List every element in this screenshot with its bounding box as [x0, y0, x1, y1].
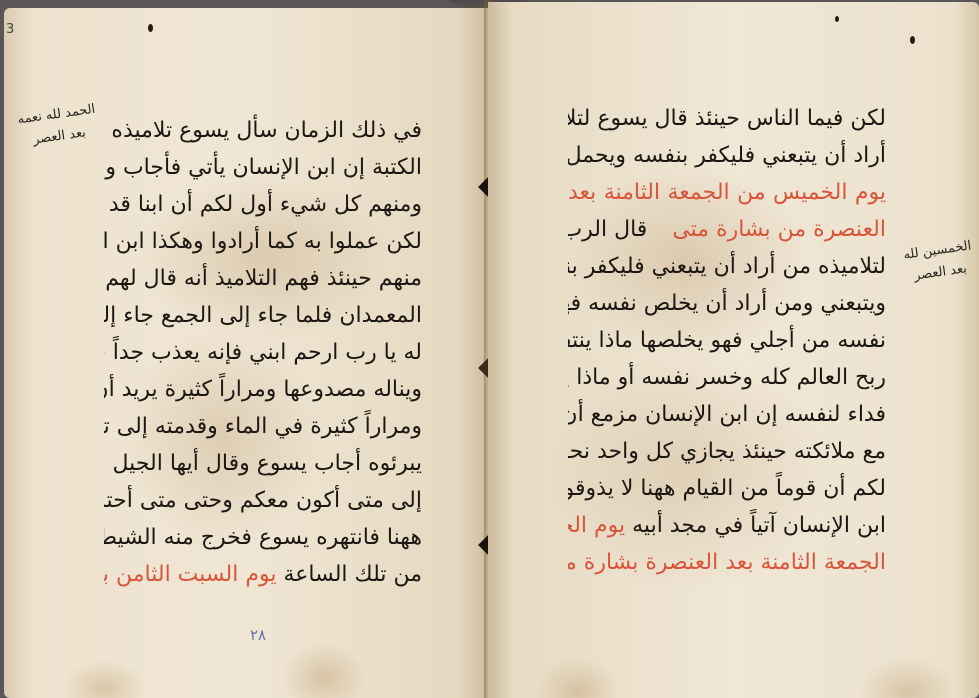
text-fragment: من تلك الساعة: [283, 562, 422, 587]
right-text-block: لكن فيما الناس حينئذ قال يسوع لتلاميذه م…: [568, 100, 886, 581]
final-line: من تلك الساعة يوم السبت الثامن بعد: [104, 556, 422, 593]
right-margin-note: الخمسين لله بعد العصر: [897, 235, 979, 289]
text-line: ههنا فانتهره يسوع فخرج منه الشيطان وبرأ …: [104, 519, 422, 556]
text-line: لتلاميذه من أراد أن يتبعني فليكفر بنفسه …: [568, 248, 886, 285]
text-line: لكم أن قوماً من القيام ههنا لا يذوقون ال…: [568, 470, 886, 507]
page-mark: 3: [6, 22, 14, 37]
text-line: له يا رب ارحم ابني فإنه يعذب جداً في رؤو…: [104, 334, 422, 371]
right-page: الخمسين لله بعد العصر لكن فيما الناس حين…: [488, 2, 979, 698]
text-line: ويتبعني ومن أراد أن يخلص نفسه فهو يهلكها…: [568, 285, 886, 322]
text-line: مع ملائكته حينئذ يجازي كل واحد نحو عمله …: [568, 433, 886, 470]
text-line: ومنهم كل شيء أول لكم أن ابنا قد جاء ولم …: [104, 186, 422, 223]
folio-number: ٢٨: [250, 626, 266, 644]
manuscript-spread: 3 الحمد لله نعمه بعد العصر في ذلك الزمان…: [0, 0, 979, 698]
rubric-heading: يوم السبت الثامن بعد: [104, 562, 276, 587]
wormhole: [835, 16, 839, 22]
wormhole: [910, 36, 915, 44]
text-line: في ذلك الزمان سأل يسوع تلاميذه قائلاً لم…: [104, 112, 422, 149]
rubric-heading: العنصرة من بشارة متى: [672, 217, 886, 242]
mixed-line: العنصرة من بشارة متى قال الرب: [568, 211, 886, 248]
text-fragment: قال الرب: [568, 217, 647, 242]
rubric-heading: الجمعة الثامنة بعد العنصرة بشارة متى: [568, 544, 886, 581]
text-line: أراد أن يتبعني فليكفر بنفسه ويحمل صليبه …: [568, 137, 886, 174]
left-text-block: في ذلك الزمان سأل يسوع تلاميذه قائلاً لم…: [104, 112, 422, 593]
text-line: إلى متى أكون معكم وحتى متى أحتملكم قدموه…: [104, 482, 422, 519]
left-margin-note: الحمد لله نعمه بعد العصر: [15, 99, 100, 154]
mixed-line: ابن الإنسان آتياً في مجد أبيه يوم الجمعة…: [568, 507, 886, 544]
text-line: لكن فيما الناس حينئذ قال يسوع لتلاميذه م…: [568, 100, 886, 137]
text-line: ربح العالم كله وخسر نفسه أو ماذا يعطي ال…: [568, 359, 886, 396]
text-fragment: ابن الإنسان آتياً في مجد أبيه: [632, 513, 886, 538]
text-line: منهم حينئذ فهم التلاميذ أنه قال لهم من أ…: [104, 260, 422, 297]
text-line: نفسه من أجلي فهو يخلصها ماذا ينتفع الإنس…: [568, 322, 886, 359]
wormhole: [148, 24, 153, 32]
text-line: المعمدان فلما جاء إلى الجمع جاء إليه إنس…: [104, 297, 422, 334]
text-line: لكن عملوا به كما أرادوا وهكذا ابن الإنسا…: [104, 223, 422, 260]
rubric-heading: يوم الخميس من الجمعة الثامنة بعد: [568, 174, 886, 211]
rubric-heading: يوم الجمعة من: [568, 513, 625, 538]
text-line: ويناله مصدوعها ومراراً كثيرة يريد أن يقع…: [104, 371, 422, 408]
text-line: يبرئوه أجاب يسوع وقال أيها الجيل الأعوج …: [104, 445, 422, 482]
text-line: فداء لنفسه إن ابن الإنسان مزمع أن يأتي ف…: [568, 396, 886, 433]
text-line: الكتبة إن ابن الإنسان يأتي فأجاب وقال له…: [104, 149, 422, 186]
text-line: ومراراً كثيرة في الماء وقدمته إلى تلاميذ…: [104, 408, 422, 445]
left-page: 3 الحمد لله نعمه بعد العصر في ذلك الزمان…: [4, 8, 488, 698]
